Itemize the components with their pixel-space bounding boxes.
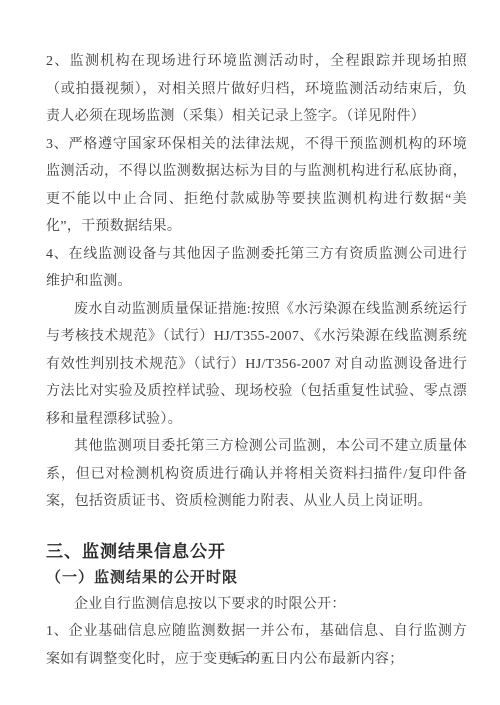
section-heading-monitoring-results-disclosure: 三、监测结果信息公开 bbox=[46, 538, 467, 565]
subsection-heading-disclosure-time-limit: （一）监测结果的公开时限 bbox=[46, 565, 467, 591]
paragraph-2-site-monitoring: 2、监测机构在现场进行环境监测活动时，全程跟踪并现场拍照（或拍摄视频），对相关照… bbox=[46, 48, 467, 131]
document-content: 2、监测机构在现场进行环境监测活动时，全程跟踪并现场拍照（或拍摄视频），对相关照… bbox=[46, 48, 467, 673]
paragraph-disclosure-requirement-intro: 企业自行监测信息按以下要求的时限公开： bbox=[46, 591, 467, 619]
paragraph-4-online-monitoring-maintenance: 4、在线监测设备与其他因子监测委托第三方有资质监测公司进行维护和监测。 bbox=[46, 241, 467, 296]
paragraph-3-legal-compliance: 3、严格遵守国家环保相关的法律法规，不得干预监测机构的环境监测活动，不得以监测数… bbox=[46, 131, 467, 241]
paragraph-1-basic-info-publication: 1、企业基础信息应随监测数据一并公布，基础信息、自行监测方案如有调整变化时，应于… bbox=[46, 618, 467, 673]
paragraph-third-party-qualification: 其他监测项目委托第三方检测公司监测，本公司不建立质量体系，但已对检测机构资质进行… bbox=[46, 433, 467, 516]
paragraph-wastewater-auto-monitoring-qa: 废水自动监测质量保证措施:按照《水污染源在线监测系统运行与考核技术规范》（试行）… bbox=[46, 296, 467, 434]
page-number: 第 25 页 bbox=[0, 651, 500, 664]
document-page: 2、监测机构在现场进行环境监测活动时，全程跟踪并现场拍照（或拍摄视频），对相关照… bbox=[0, 0, 500, 705]
